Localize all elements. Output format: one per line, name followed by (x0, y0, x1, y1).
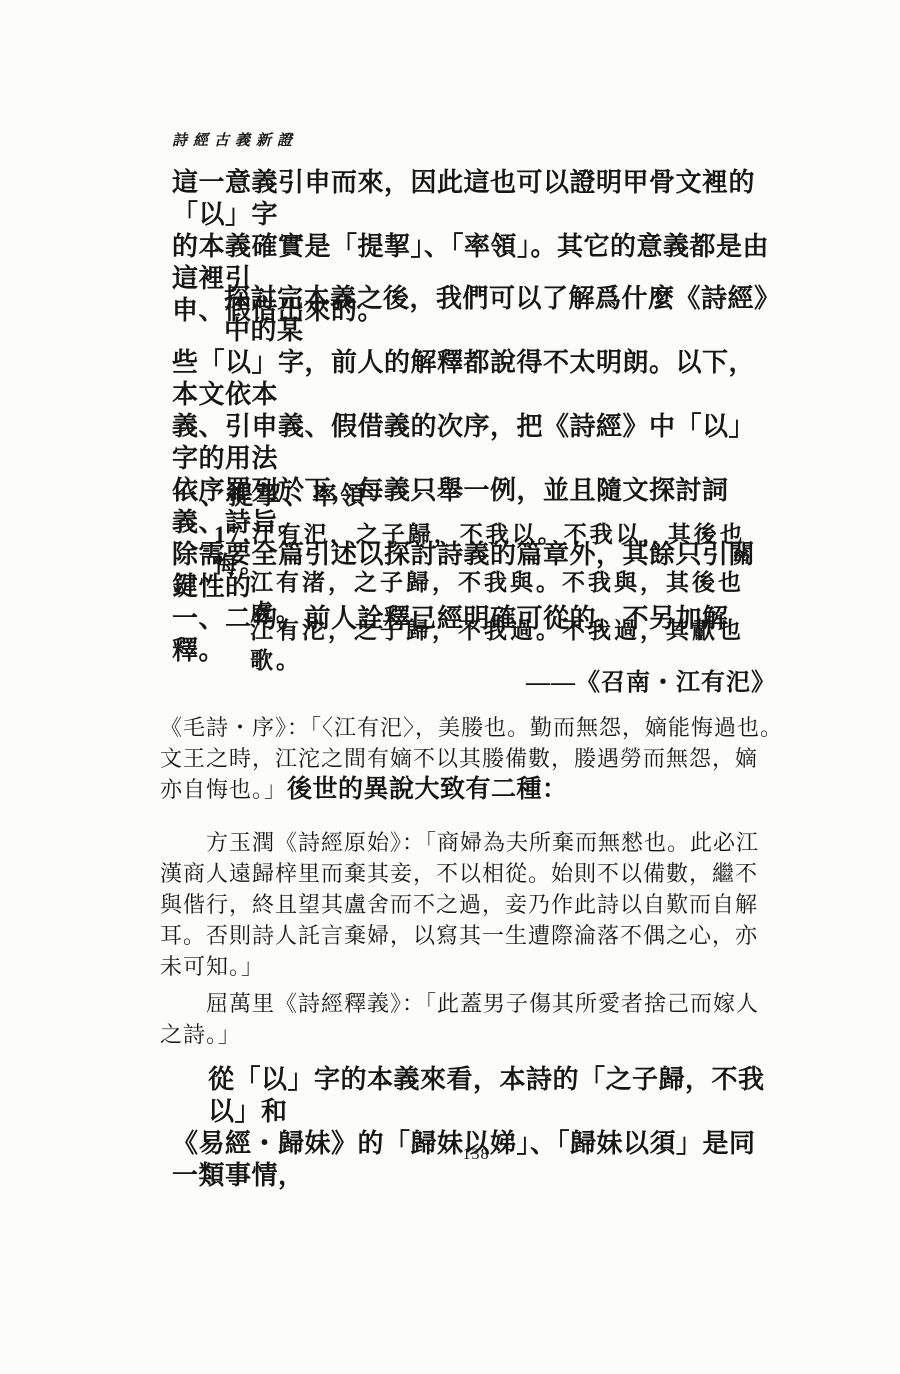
quote-end: 亦自悔也。」 (160, 777, 287, 802)
verse-line: 江有沱，之子歸，不我過。不我過，其歗也歌。 (172, 616, 780, 664)
text-line: 文王之時，江沱之間有嫡不以其媵備數，媵遇勞而無怨，嫡 (160, 743, 792, 774)
verse-quote: 17.江有汜，之子歸，不我以。不我以，其後也悔。 江有渚，之子歸，不我與。不我與… (172, 520, 780, 664)
section-heading: 一、提挈、率領 (172, 476, 780, 512)
text-line: 漢商人遠歸梓里而棄其妾，不以相從。始則不以備數，繼不 (160, 858, 792, 889)
qu-wanli-quote: 屈萬里《詩經釋義》：「此蓋男子傷其所愛者捨己而嫁人 之詩。」 (160, 988, 792, 1050)
fang-yurun-quote: 方玉潤《詩經原始》：「商婦為夫所棄而無憖也。此必江 漢商人遠歸梓里而棄其妾，不以… (160, 827, 792, 982)
verse-line: 江有渚，之子歸，不我與。不我與，其後也處。 (172, 568, 780, 616)
maoshi-xu-quote: 《毛詩・序》：「〈江有汜〉，美媵也。勤而無怨，嫡能悔過也。 文王之時，江沱之間有… (160, 712, 792, 805)
text-line: 這一意義引申而來，因此這也可以證明甲骨文裡的「以」字 (172, 167, 780, 231)
source-attribution: ——《召南・江有汜》 (172, 662, 780, 697)
running-head: 詩經古義新證 (172, 129, 780, 150)
paragraph-conclusion: 從「以」字的本義來看，本詩的「之子歸，不我以」和 《易經・歸妹》的「歸妹以娣」、… (172, 1064, 780, 1192)
text-line: 屈萬里《詩經釋義》：「此蓋男子傷其所愛者捨己而嫁人 (160, 988, 792, 1019)
text-line: 未可知。」 (160, 951, 792, 982)
text-line: 些「以」字，前人的解釋都說得不太明朗。以下，本文依本 (172, 347, 780, 411)
text-line: 探討完本義之後，我們可以了解爲什麼《詩經》中的某 (172, 283, 780, 347)
text-line: 《毛詩・序》：「〈江有汜〉，美媵也。勤而無怨，嫡能悔過也。 (160, 712, 792, 743)
text-line: 耳。否則詩人託言棄婦，以寫其一生遭際淪落不偶之心，亦 (160, 920, 792, 951)
text-line: 義、引申義、假借義的次序，把《詩經》中「以」字的用法 (172, 411, 780, 475)
book-page: 詩經古義新證 這一意義引申而來，因此這也可以證明甲骨文裡的「以」字 的本義確實是… (0, 0, 900, 1374)
verse-line: 17.江有汜，之子歸，不我以。不我以，其後也悔。 (172, 520, 780, 568)
text-line: 之詩。」 (160, 1019, 792, 1050)
text-line: 亦自悔也。」後世的異說大致有二種： (160, 774, 792, 805)
page-number: 138 (172, 1146, 780, 1164)
text-line: 方玉潤《詩經原始》：「商婦為夫所棄而無憖也。此必江 (160, 827, 792, 858)
text-line: 從「以」字的本義來看，本詩的「之子歸，不我以」和 (172, 1064, 780, 1128)
transition-text: 後世的異說大致有二種： (287, 776, 568, 803)
text-line: 與偕行，終且望其盧舍而不之過，妾乃作此詩以自歎而自解 (160, 889, 792, 920)
